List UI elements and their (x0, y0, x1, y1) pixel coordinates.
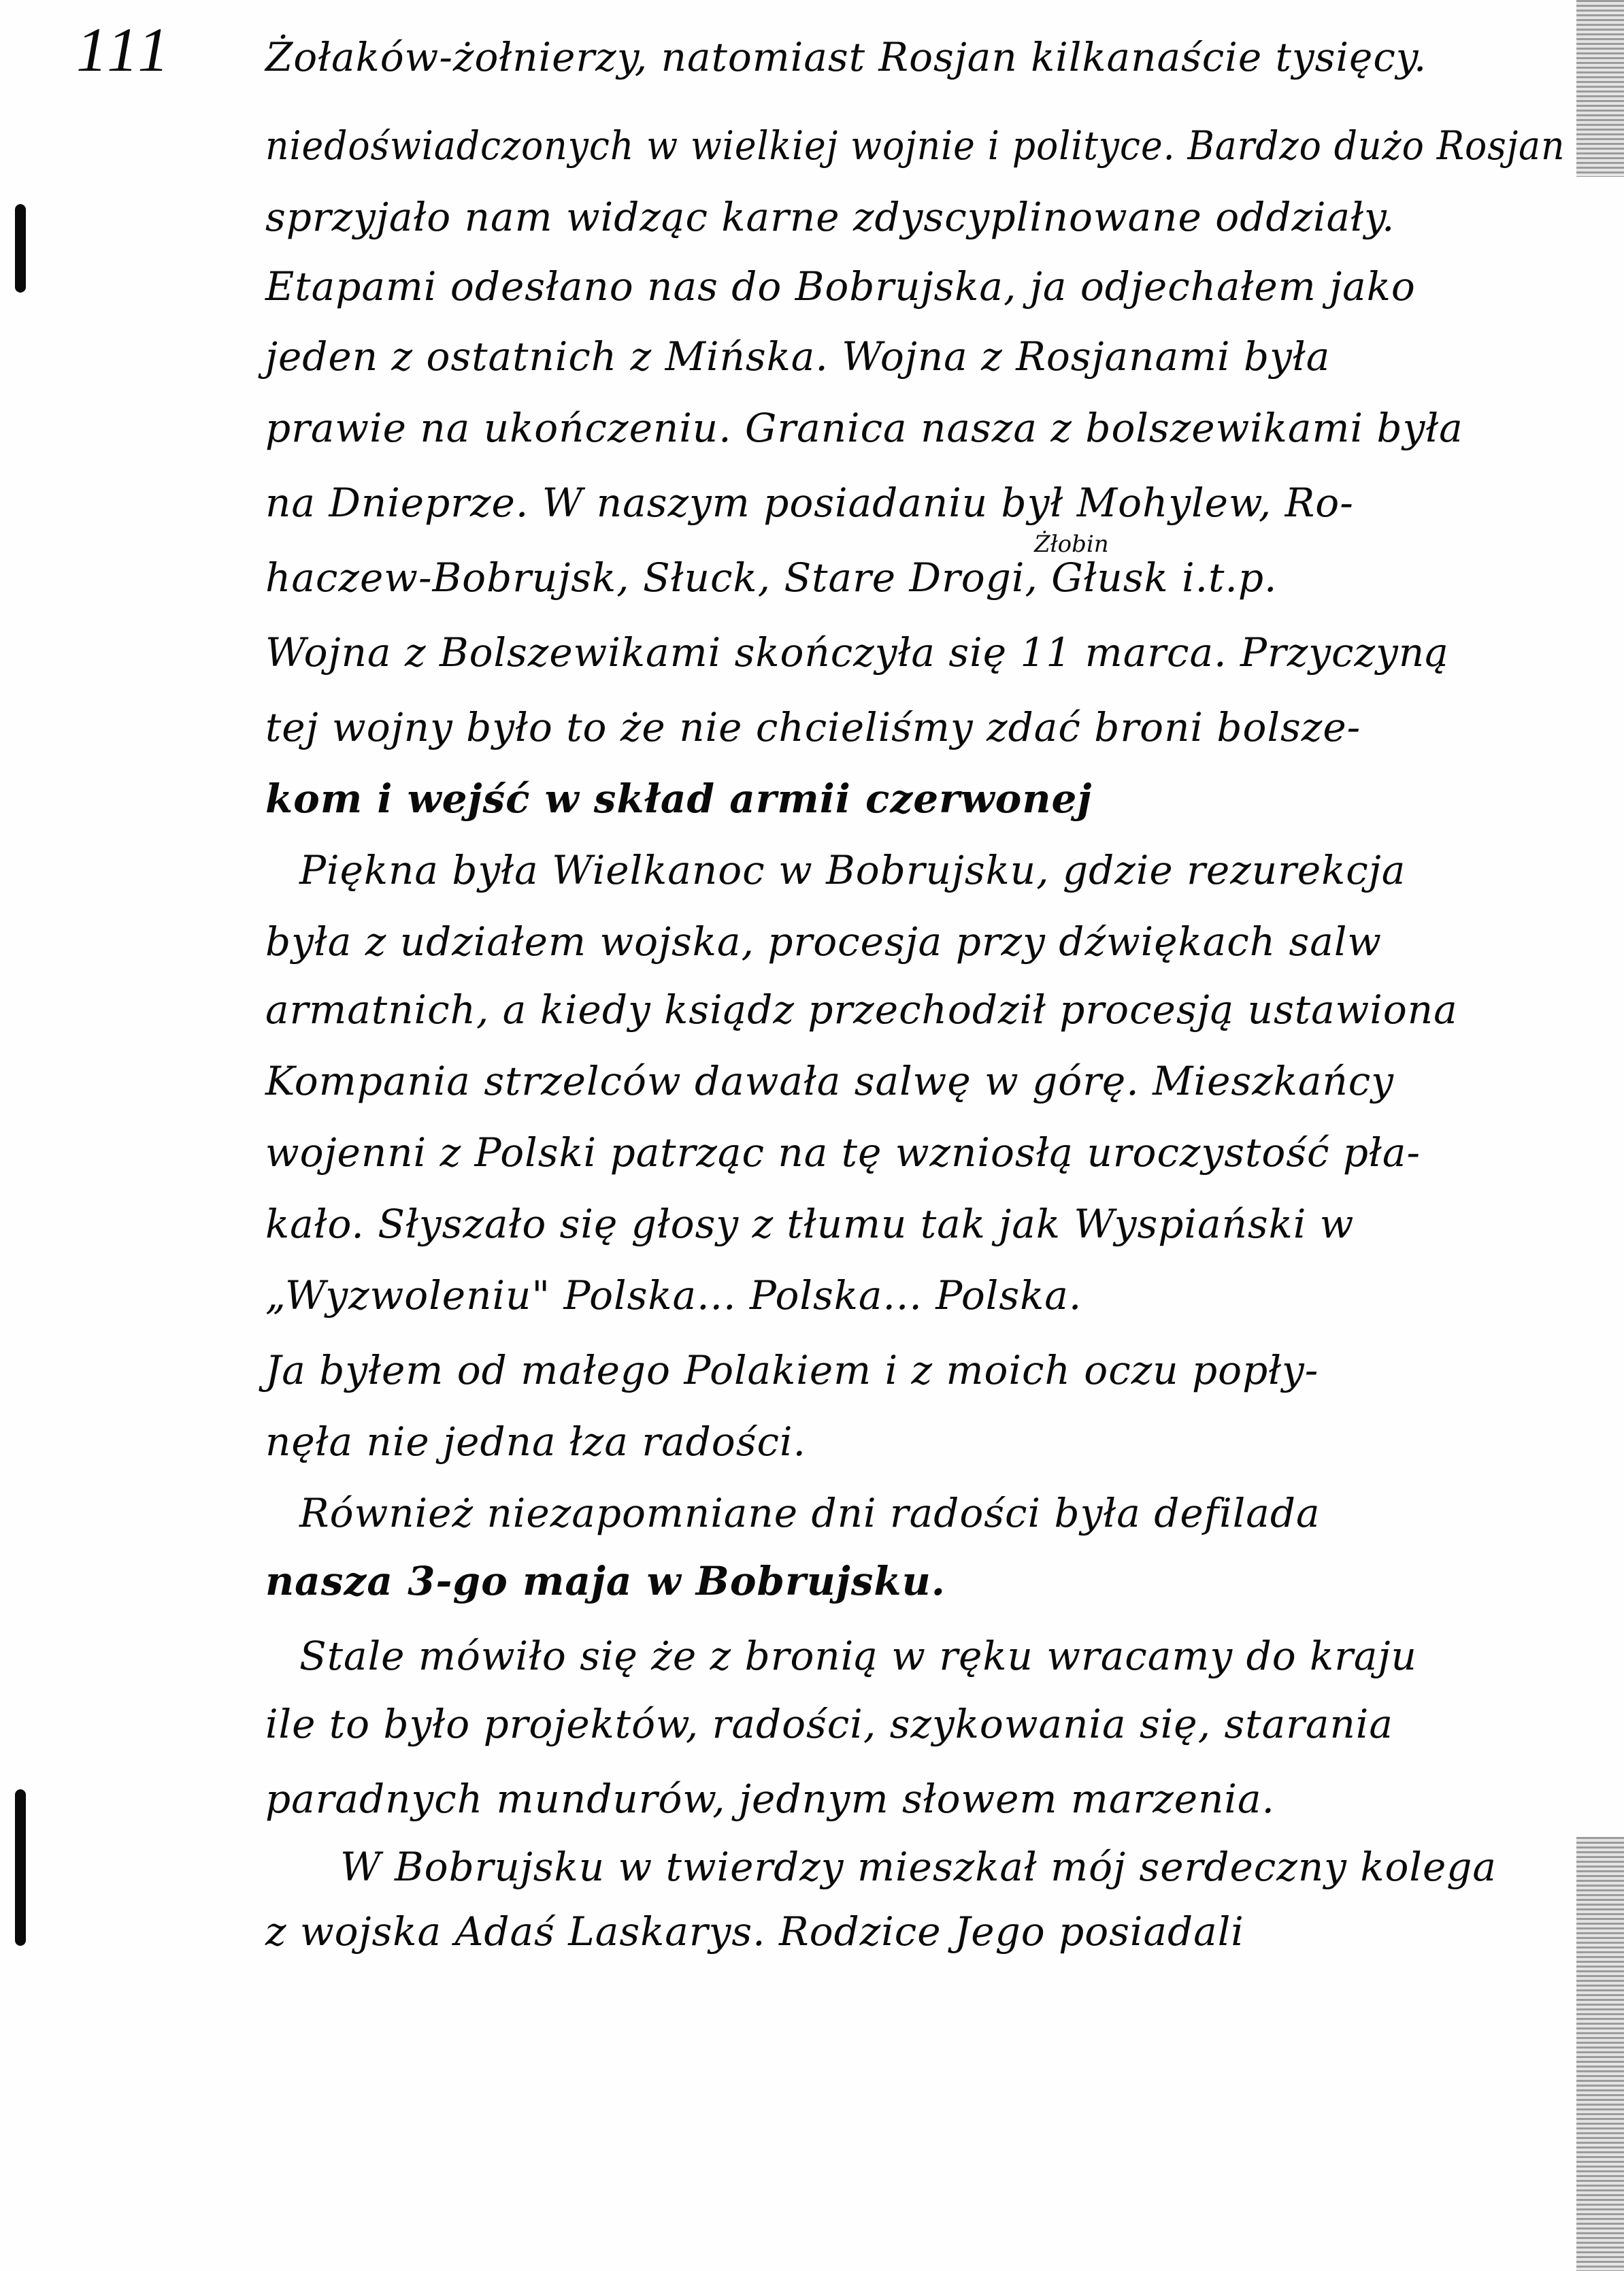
handwritten-line: Ja byłem od małego Polakiem i z moich oc… (265, 1350, 1319, 1390)
handwritten-line: „Wyzwoleniu" Polska... Polska... Polska. (265, 1276, 1082, 1315)
handwritten-line: jeden z ostatnich z Mińska. Wojna z Rosj… (265, 337, 1330, 376)
handwritten-line: Wojna z Bolszewikami skończyła się 11 ma… (265, 633, 1449, 672)
handwritten-line: tej wojny było to że nie chcieliśmy zdać… (265, 708, 1361, 747)
margin-bar-mark (15, 204, 26, 293)
page-number: 111 (76, 14, 173, 86)
handwritten-line: Również niezapomniane dni radości była d… (299, 1493, 1321, 1533)
handwritten-line: Kompania strzelców dawała salwę w górę. … (265, 1061, 1394, 1101)
handwritten-line: Stale mówiło się że z bronią w ręku wrac… (299, 1636, 1417, 1676)
handwritten-line: haczew-Bobrujsk, Słuck, Stare Drogi, Głu… (265, 558, 1277, 597)
interlinear-note: Żłobin (1034, 531, 1109, 558)
margin-bar-mark (15, 1789, 26, 1946)
handwritten-line: sprzyjało nam widząc karne zdyscyplinowa… (265, 197, 1395, 237)
handwritten-line: kom i wejść w skład armii czerwonej (265, 779, 1092, 818)
handwritten-line: nęła nie jedna łza radości. (265, 1422, 806, 1461)
handwritten-line: Piękna była Wielkanoc w Bobrujsku, gdzie… (299, 850, 1406, 890)
scan-edge-shadow-bottom (1576, 1837, 1624, 2271)
handwritten-line: ile to było projektów, radości, szykowan… (265, 1704, 1393, 1744)
handwritten-line: paradnych mundurów, jednym słowem marzen… (265, 1779, 1275, 1819)
handwritten-line: Żołaków-żołnierzy, natomiast Rosjan kilk… (265, 37, 1427, 77)
handwritten-line: prawie na ukończeniu. Granica nasza z bo… (265, 408, 1463, 448)
handwritten-line: kało. Słyszało się głosy z tłumu tak jak… (265, 1204, 1354, 1244)
handwritten-line: na Dnieprze. W naszym posiadaniu był Moh… (265, 483, 1354, 523)
handwritten-line: armatnich, a kiedy ksiądz przechodził pr… (265, 990, 1458, 1029)
handwritten-line: niedoświadczonych w wielkiej wojnie i po… (265, 126, 1565, 165)
handwritten-line: z wojska Adaś Laskarys. Rodzice Jego pos… (265, 1912, 1244, 1951)
handwritten-line: nasza 3-go maja w Bobrujsku. (265, 1561, 946, 1601)
scan-edge-shadow-top (1576, 0, 1624, 177)
handwritten-line: Etapami odesłano nas do Bobrujska, ja od… (265, 267, 1416, 306)
scanned-handwritten-page: 111 Żołaków-żołnierzy, natomiast Rosjan … (0, 0, 1624, 2271)
handwritten-line: wojenni z Polski patrząc na tę wzniosłą … (265, 1133, 1421, 1172)
handwritten-line: była z udziałem wojska, procesja przy dź… (265, 922, 1382, 961)
handwritten-line: W Bobrujsku w twierdzy mieszkał mój serd… (340, 1847, 1497, 1887)
